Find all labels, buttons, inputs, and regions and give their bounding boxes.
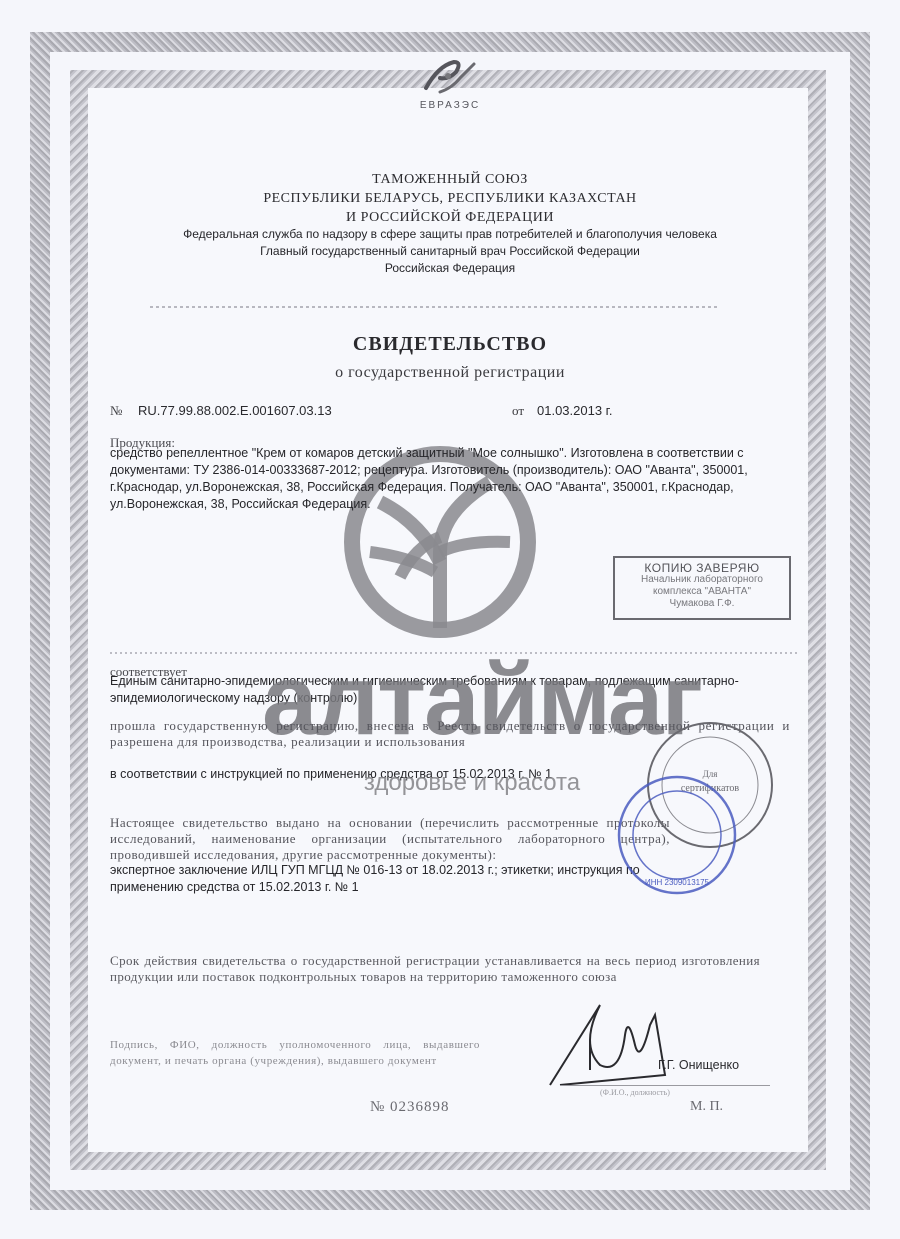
certificate-page: ЕВРАЗЭС ТАМОЖЕННЫЙ СОЮЗ РЕСПУБЛИКИ БЕЛАР… [0, 0, 900, 1239]
registration-number: RU.77.99.88.002.Е.001607.03.13 [138, 403, 332, 418]
agency-line: Российская Федерация [100, 260, 800, 277]
svg-text:Для: Для [703, 769, 718, 779]
document-title: СВИДЕТЕЛЬСТВО [100, 333, 800, 356]
document-subtitle: о государственной регистрации [100, 364, 800, 382]
signature-caption: (Ф.И.О., должность) [600, 1088, 670, 1097]
number-sign: № [110, 403, 122, 419]
union-title-line: И РОССИЙСКОЙ ФЕДЕРАЦИИ [100, 208, 800, 227]
signer-name: Г.Г. Онищенко [658, 1058, 739, 1072]
signature-note: Подпись, ФИО, должность уполномоченного … [110, 1037, 480, 1069]
union-title-line: ТАМОЖЕННЫЙ СОЮЗ [100, 170, 800, 189]
certified-copy-stamp: КОПИЮ ЗАВЕРЯЮ Начальник лабораторного ко… [613, 556, 791, 620]
handwritten-signature-icon [540, 985, 690, 1095]
copy-stamp-line: Начальник лабораторного [615, 574, 789, 586]
issuing-agency: Федеральная служба по надзору в сфере за… [100, 226, 800, 277]
copy-stamp-heading: КОПИЮ ЗАВЕРЯЮ [615, 562, 789, 574]
round-seal-stamps-icon: Для сертификатов ИНН 2309013175 [605, 715, 775, 895]
copy-stamp-line: Чумакова Г.Ф. [615, 598, 789, 610]
date-prefix: от [512, 403, 524, 419]
validity-statement: Срок действия свидетельства о государств… [110, 953, 760, 985]
eurasec-logo: ЕВРАЗЭС [380, 52, 520, 122]
logo-text: ЕВРАЗЭС [380, 100, 520, 111]
registration-date: 01.03.2013 г. [537, 403, 612, 418]
basis-statement: Настоящее свидетельство выдано на основа… [110, 815, 670, 863]
seal-place-mark: М. П. [690, 1099, 723, 1115]
agency-line: Федеральная служба по надзору в сфере за… [100, 226, 800, 243]
microtext-line [150, 306, 720, 308]
svg-text:ИНН 2309013175: ИНН 2309013175 [645, 878, 710, 887]
copy-stamp-line: комплекса "АВАНТА" [615, 586, 789, 598]
union-title-line: РЕСПУБЛИКИ БЕЛАРУСЬ, РЕСПУБЛИКИ КАЗАХСТА… [100, 189, 800, 208]
union-title: ТАМОЖЕННЫЙ СОЮЗ РЕСПУБЛИКИ БЕЛАРУСЬ, РЕС… [100, 170, 800, 227]
signature-line [560, 1085, 770, 1086]
eurasec-emblem-icon [418, 58, 478, 98]
product-description: средство репеллентное "Крем от комаров д… [110, 445, 800, 513]
agency-line: Главный государственный санитарный врач … [100, 243, 800, 260]
form-serial-number: № 0236898 [370, 1099, 450, 1116]
